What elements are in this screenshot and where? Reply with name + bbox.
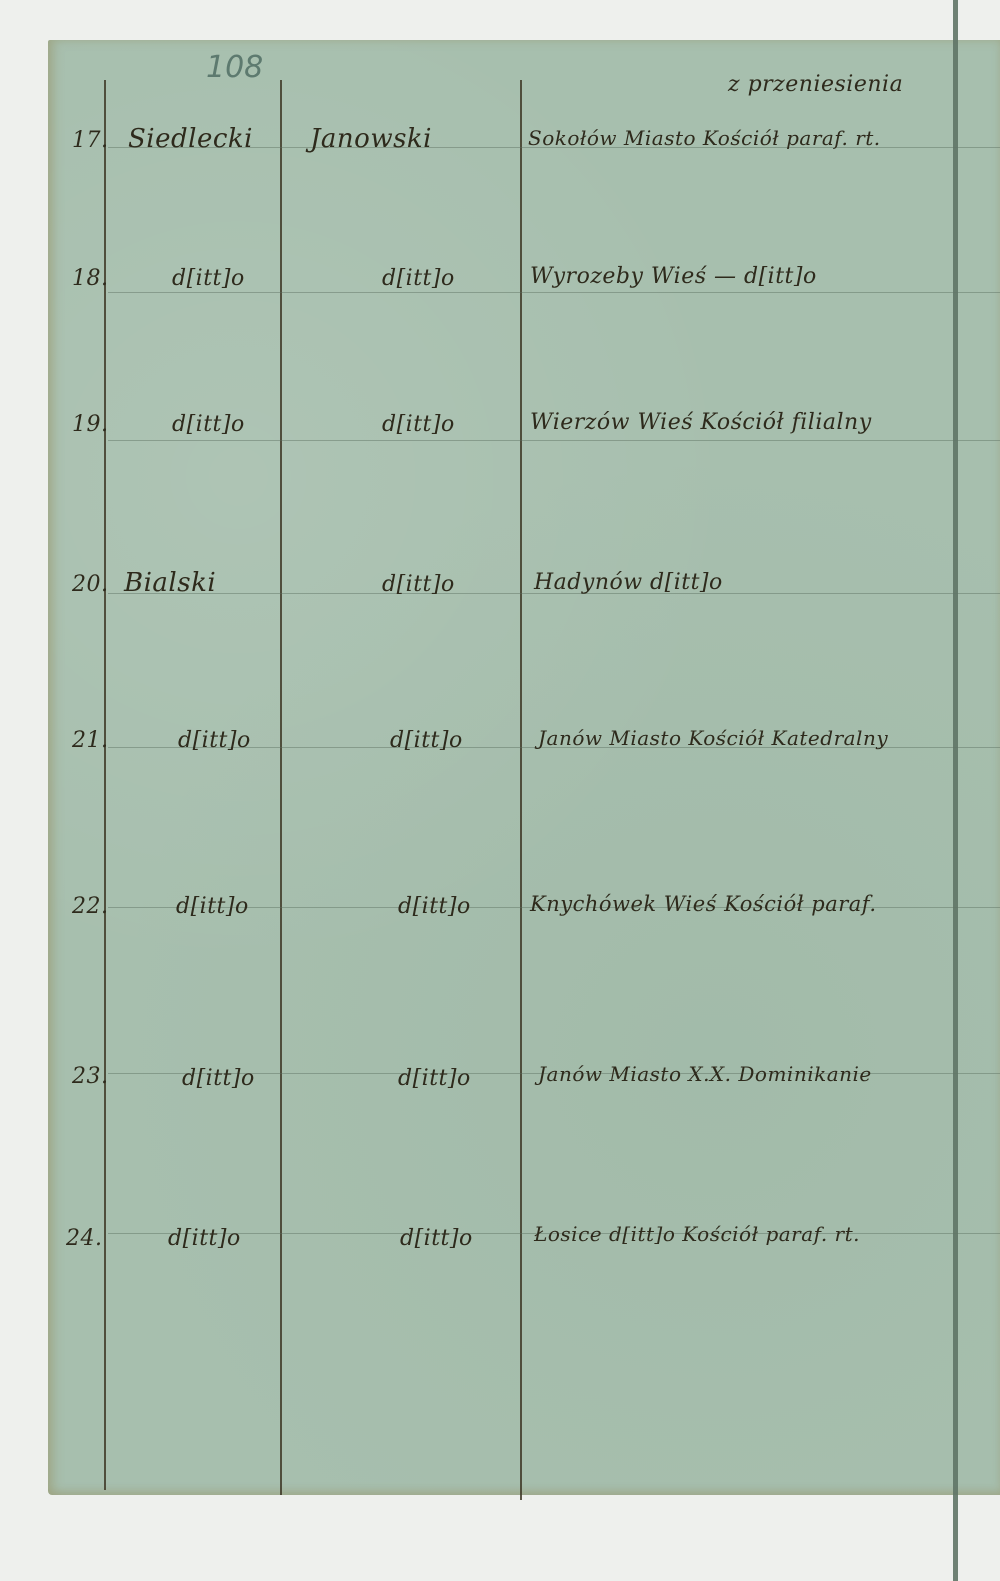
row-number: 24.: [66, 1226, 103, 1251]
row-number: 22.: [72, 894, 109, 919]
row-number: 17.: [72, 128, 109, 153]
place-cell: Hadynów d[itt]o: [534, 570, 723, 595]
page-number: 108: [206, 50, 263, 85]
row-guide: [108, 292, 1000, 293]
district-cell: d[itt]o: [168, 1226, 241, 1251]
deanery-cell: d[itt]o: [398, 1066, 471, 1091]
place-cell: Janów Miasto X.X. Dominikanie: [538, 1062, 872, 1086]
row-guide: [108, 440, 1000, 441]
district-cell: d[itt]o: [178, 728, 251, 753]
column-header-note: z przeniesienia: [728, 72, 903, 97]
district-cell: d[itt]o: [172, 266, 245, 291]
district-cell: d[itt]o: [176, 894, 249, 919]
deanery-cell: d[itt]o: [382, 266, 455, 291]
place-cell: Sokołów Miasto Kościół paraf. rt.: [528, 126, 881, 150]
deanery-cell: d[itt]o: [398, 894, 471, 919]
district-cell: d[itt]o: [172, 412, 245, 437]
district-cell: Bialski: [124, 568, 216, 598]
document-page: [48, 40, 1000, 1495]
district-cell: Siedlecki: [128, 124, 253, 154]
deanery-cell: d[itt]o: [390, 728, 463, 753]
row-number: 23.: [72, 1064, 109, 1089]
deanery-cell: d[itt]o: [400, 1226, 473, 1251]
place-cell: Wyrozeby Wieś — d[itt]o: [530, 264, 817, 289]
row-number: 21.: [72, 728, 109, 753]
deanery-cell: d[itt]o: [382, 412, 455, 437]
page-fold: [953, 0, 958, 1581]
place-cell: Knychówek Wieś Kościół paraf.: [530, 892, 877, 916]
row-number: 19.: [72, 412, 109, 437]
place-cell: Łosice d[itt]o Kościół paraf. rt.: [534, 1222, 860, 1246]
place-cell: Janów Miasto Kościół Katedralny: [538, 726, 888, 750]
place-cell: Wierzów Wieś Kościół filialny: [530, 410, 872, 435]
deanery-cell: d[itt]o: [382, 572, 455, 597]
deanery-cell: Janowski: [310, 124, 432, 154]
row-number: 18.: [72, 266, 109, 291]
district-cell: d[itt]o: [182, 1066, 255, 1091]
column-rule-1: [104, 80, 106, 1490]
column-rule-3: [520, 80, 522, 1500]
row-number: 20.: [72, 572, 109, 597]
